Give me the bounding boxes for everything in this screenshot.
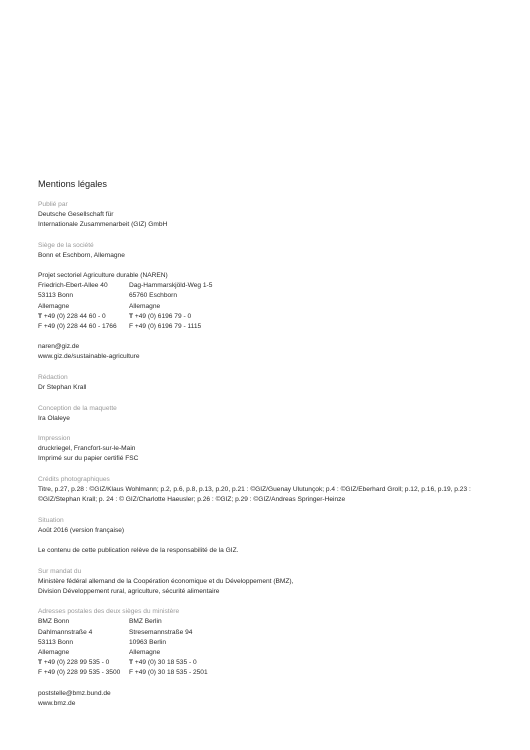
office-country: Allemagne	[38, 302, 129, 312]
design-label: Conception de la maquette	[38, 404, 508, 414]
credits-label: Crédits photographiques	[38, 475, 508, 485]
project-section: Projet sectoriel Agriculture durable (NA…	[38, 271, 508, 332]
bmz-office-berlin: BMZ Berlin Stresemannstraße 94 10963 Ber…	[129, 617, 329, 678]
office-fax: F +49 (0) 6196 79 - 1115	[129, 322, 329, 332]
design-section: Conception de la maquette Ira Olaleye	[38, 404, 508, 424]
office-street: Dag-Hammarskjöld-Weg 1-5	[129, 281, 329, 291]
phone-number: +49 (0) 228 44 60 - 0	[44, 313, 106, 320]
office-street: Dahlmannstraße 4	[38, 628, 129, 638]
printing-label: Impression	[38, 434, 508, 444]
office-eschborn: Dag-Hammarskjöld-Weg 1-5 65760 Eschborn …	[129, 281, 329, 331]
office-country: Allemagne	[129, 302, 329, 312]
office-fax: F +49 (0) 228 99 535 - 3500	[38, 668, 129, 678]
bmz-office-bonn: BMZ Bonn Dahlmannstraße 4 53113 Bonn All…	[38, 617, 129, 678]
project-contact: naren@giz.de www.giz.de/sustainable-agri…	[38, 342, 508, 362]
printing-line: druckriegel, Francfort-sur-le-Main	[38, 444, 508, 454]
publisher-line: Deutsche Gesellschaft für	[38, 210, 508, 220]
phone-prefix: T	[38, 659, 42, 666]
office-city: 53113 Bonn	[38, 638, 129, 648]
mandate-line: Ministère fédéral allemand de la Coopéra…	[38, 577, 508, 587]
publisher-section: Publié par Deutsche Gesellschaft für Int…	[38, 200, 508, 230]
bmz-web[interactable]: www.bmz.de	[38, 699, 508, 709]
fax-number: +49 (0) 30 18 535 - 2501	[135, 669, 208, 676]
editor-value: Dr Stephan Krall	[38, 383, 508, 393]
situation-section: Situation Août 2016 (version française)	[38, 516, 508, 536]
fax-prefix: F	[38, 669, 42, 676]
phone-number: +49 (0) 30 18 535 - 0	[135, 659, 197, 666]
seat-value: Bonn et Eschborn, Allemagne	[38, 251, 508, 261]
fax-number: +49 (0) 228 99 535 - 3500	[44, 669, 120, 676]
editor-label: Rédaction	[38, 373, 508, 383]
bmz-section: Adresses postales des deux sièges du min…	[38, 607, 508, 678]
imprint-page: Mentions légales Publié par Deutsche Ges…	[38, 178, 508, 719]
mandate-section: Sur mandat du Ministère fédéral allemand…	[38, 567, 508, 597]
bmz-label: Adresses postales des deux sièges du min…	[38, 607, 508, 617]
office-phone: T +49 (0) 6196 79 - 0	[129, 312, 329, 322]
bmz-email[interactable]: poststelle@bmz.bund.de	[38, 689, 508, 699]
office-country: Allemagne	[38, 648, 129, 658]
fax-number: +49 (0) 6196 79 - 1115	[135, 323, 201, 330]
credits-text: Titre, p.27, p.28 : ©GIZ/Klaus Wohlmann;…	[38, 485, 478, 505]
publisher-label: Publié par	[38, 200, 508, 210]
office-street: Stresemannstraße 94	[129, 628, 329, 638]
publisher-line: Internationale Zusammenarbeit (GIZ) GmbH	[38, 220, 508, 230]
office-city: 10963 Berlin	[129, 638, 329, 648]
office-city: 53113 Bonn	[38, 291, 129, 301]
seat-label: Siège de la société	[38, 241, 508, 251]
office-fax: F +49 (0) 30 18 535 - 2501	[129, 668, 329, 678]
phone-number: +49 (0) 6196 79 - 0	[135, 313, 191, 320]
office-name: BMZ Berlin	[129, 617, 329, 627]
fax-prefix: F	[129, 669, 133, 676]
mandate-label: Sur mandat du	[38, 567, 508, 577]
office-fax: F +49 (0) 228 44 60 - 1766	[38, 322, 129, 332]
page-title: Mentions légales	[38, 178, 508, 190]
fax-prefix: F	[129, 323, 133, 330]
mandate-line: Division Développement rural, agricultur…	[38, 587, 508, 597]
fax-number: +49 (0) 228 44 60 - 1766	[44, 323, 117, 330]
seat-section: Siège de la société Bonn et Eschborn, Al…	[38, 241, 508, 261]
editor-section: Rédaction Dr Stephan Krall	[38, 373, 508, 393]
office-phone: T +49 (0) 30 18 535 - 0	[129, 658, 329, 668]
responsibility-note: Le contenu de cette publication relève d…	[38, 546, 508, 556]
office-phone: T +49 (0) 228 44 60 - 0	[38, 312, 129, 322]
phone-prefix: T	[129, 313, 133, 320]
office-bonn: Friedrich-Ebert-Allee 40 53113 Bonn Alle…	[38, 281, 129, 331]
project-email[interactable]: naren@giz.de	[38, 342, 508, 352]
office-phone: T +49 (0) 228 99 535 - 0	[38, 658, 129, 668]
office-street: Friedrich-Ebert-Allee 40	[38, 281, 129, 291]
office-city: 65760 Eschborn	[129, 291, 329, 301]
fax-prefix: F	[38, 323, 42, 330]
printing-line: Imprimé sur du papier certifié FSC	[38, 454, 508, 464]
phone-number: +49 (0) 228 99 535 - 0	[44, 659, 109, 666]
bmz-contact: poststelle@bmz.bund.de www.bmz.de	[38, 689, 508, 709]
responsibility-section: Le contenu de cette publication relève d…	[38, 546, 508, 556]
credits-section: Crédits photographiques Titre, p.27, p.2…	[38, 475, 508, 505]
project-name: Projet sectoriel Agriculture durable (NA…	[38, 271, 508, 281]
situation-value: Août 2016 (version française)	[38, 526, 508, 536]
phone-prefix: T	[38, 313, 42, 320]
office-name: BMZ Bonn	[38, 617, 129, 627]
phone-prefix: T	[129, 659, 133, 666]
design-value: Ira Olaleye	[38, 414, 508, 424]
situation-label: Situation	[38, 516, 508, 526]
project-web[interactable]: www.giz.de/sustainable-agriculture	[38, 352, 508, 362]
office-country: Allemagne	[129, 648, 329, 658]
printing-section: Impression druckriegel, Francfort-sur-le…	[38, 434, 508, 464]
